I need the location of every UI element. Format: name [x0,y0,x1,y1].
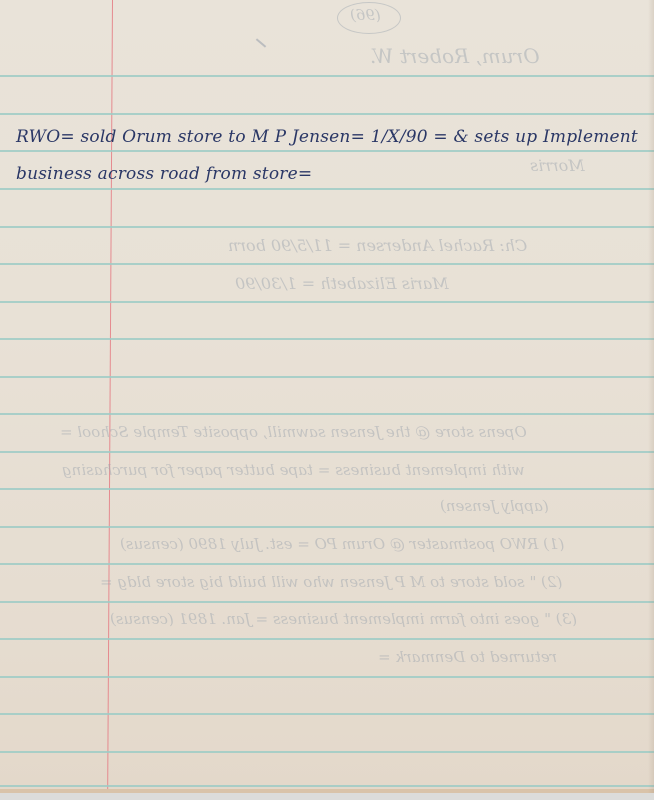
rule-line [0,338,654,340]
bleed-block1-line1: Ch: Rachel Andersen = 11/5/90 born [228,236,527,255]
handwritten-line-2: business across road from store= [16,164,312,184]
rule-line [0,301,654,303]
rule-line [0,226,654,228]
rule-line [0,413,654,415]
bleed-block3-line2: (2) " sold store to M P Jensen who will … [100,573,562,591]
page-bottom-edge [0,789,654,793]
rule-line [0,676,654,678]
bleed-block3-line1: (1) RWO postmaster @ Orum PO = est. July… [120,535,564,553]
notebook-page: (96) Orum, Robert W. Morris Ch: Rachel A… [0,0,654,793]
bleed-circled-number: (96) [350,6,381,24]
rule-line [0,526,654,528]
pen-mark [256,38,266,47]
rule-line [0,75,654,77]
bleed-subheader: Morris [530,156,585,175]
bleed-block2-line2: with implement business = tape butter pa… [62,461,525,479]
rule-line [0,563,654,565]
rule-line [0,113,654,115]
rule-line [0,150,654,152]
handwritten-line-1: RWO= sold Orum store to M P Jensen= 1/X/… [16,127,638,147]
rule-line [0,751,654,753]
bleed-block3-line4: returned to Denmark = [378,648,557,666]
bleed-block2-line3: (apply Jensen) [440,497,549,515]
bleed-block1-line2: Maris Elizabeth = 1/30/90 [235,274,449,293]
rule-line [0,376,654,378]
bleed-block2-line1: Opens store @ the Jensen sawmill, opposi… [60,423,527,441]
rule-line [0,638,654,640]
bleed-block3-line3: (3) " goes into farm implement business … [110,610,577,628]
bleed-header: Orum, Robert W. [370,44,540,68]
red-margin-line [107,0,113,793]
rule-line [0,713,654,715]
rule-line [0,188,654,190]
rule-line [0,601,654,603]
rule-line [0,785,654,787]
rule-line [0,451,654,453]
rule-line [0,488,654,490]
rule-line [0,263,654,265]
